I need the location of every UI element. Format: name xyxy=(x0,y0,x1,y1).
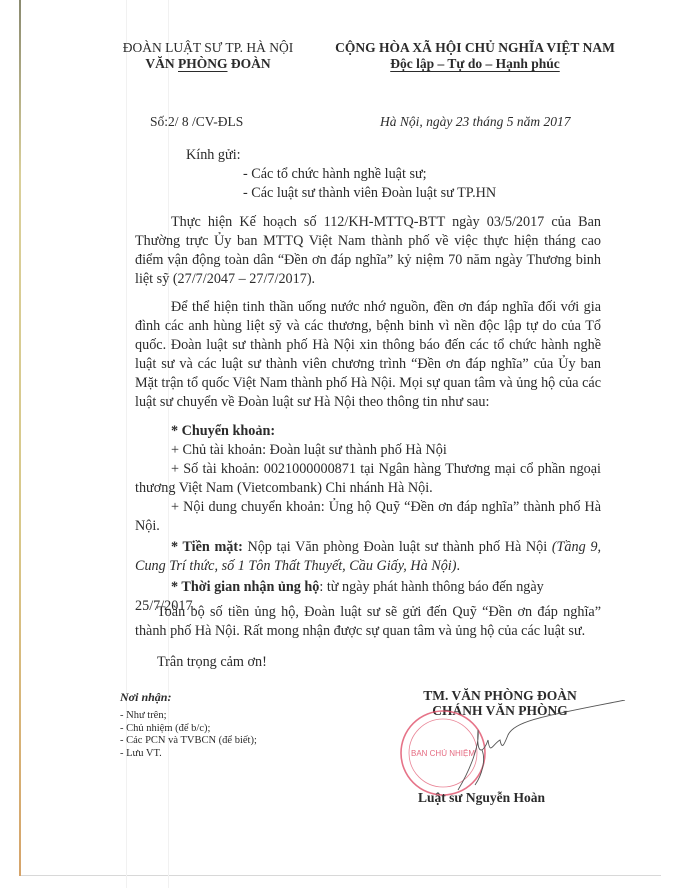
distribution-item: - Các PCN và TVBCN (để biết); xyxy=(120,735,257,748)
distribution-list: - Như trên; - Chủ nhiệm (để b/c); - Các … xyxy=(120,710,257,760)
issuer-org: ĐOÀN LUẬT SƯ TP. HÀ NỘI xyxy=(118,40,298,56)
page-bottom-edge xyxy=(21,875,661,876)
place-and-date: Hà Nội, ngày 23 tháng 5 năm 2017 xyxy=(380,114,571,130)
transfer-content: + Nội dung chuyển khoản: Ủng hộ Quỹ “Đền… xyxy=(135,498,601,536)
handwritten-signature-icon xyxy=(430,700,630,795)
transfer-heading: * Chuyển khoản: xyxy=(135,422,601,441)
national-header: CỘNG HÒA XÃ HỘI CHỦ NGHĨA VIỆT NAM Độc l… xyxy=(330,40,620,72)
paragraph-intro: Thực hiện Kế hoạch số 112/KH-MTTQ-BTT ng… xyxy=(135,213,601,289)
issuer-header: ĐOÀN LUẬT SƯ TP. HÀ NỘI VĂN PHÒNG ĐOÀN xyxy=(118,40,298,72)
country-name: CỘNG HÒA XÃ HỘI CHỦ NGHĨA VIỆT NAM xyxy=(330,40,620,56)
distribution-item: - Chủ nhiệm (để b/c); xyxy=(120,723,257,736)
national-motto: Độc lập – Tự do – Hạnh phúc xyxy=(330,56,620,72)
distribution-title: Nơi nhận: xyxy=(120,690,171,705)
scan-edge xyxy=(19,0,21,876)
recipient-item: - Các tổ chức hành nghề luật sư; xyxy=(243,165,427,184)
signer-name: Luật sư Nguyễn Hoàn xyxy=(418,790,545,806)
recipient-title: Kính gửi: xyxy=(186,146,241,165)
paragraph-purpose: Để thể hiện tinh thần uống nước nhớ nguồ… xyxy=(135,298,601,412)
thanks: Trân trọng cảm ơn! xyxy=(157,653,267,672)
document-number: Số:2/ 8 /CV-ĐLS xyxy=(150,114,243,130)
issuer-office: VĂN PHÒNG ĐOÀN xyxy=(118,56,298,72)
distribution-item: - Lưu VT. xyxy=(120,748,257,761)
paragraph-closing: Toàn bộ số tiền ủng hộ, Đoàn luật sư sẽ … xyxy=(135,603,601,641)
recipient-item: - Các luật sư thành viên Đoàn luật sư TP… xyxy=(243,184,496,203)
cash-section: * Tiền mặt: Nộp tại Văn phòng Đoàn luật … xyxy=(135,538,601,576)
account-number: + Số tài khoản: 0021000000871 tại Ngân h… xyxy=(135,460,601,498)
transfer-section: * Chuyển khoản: + Chủ tài khoản: Đoàn lu… xyxy=(135,422,601,536)
distribution-item: - Như trên; xyxy=(120,710,257,723)
account-owner: + Chủ tài khoản: Đoàn luật sư thành phố … xyxy=(135,441,601,460)
